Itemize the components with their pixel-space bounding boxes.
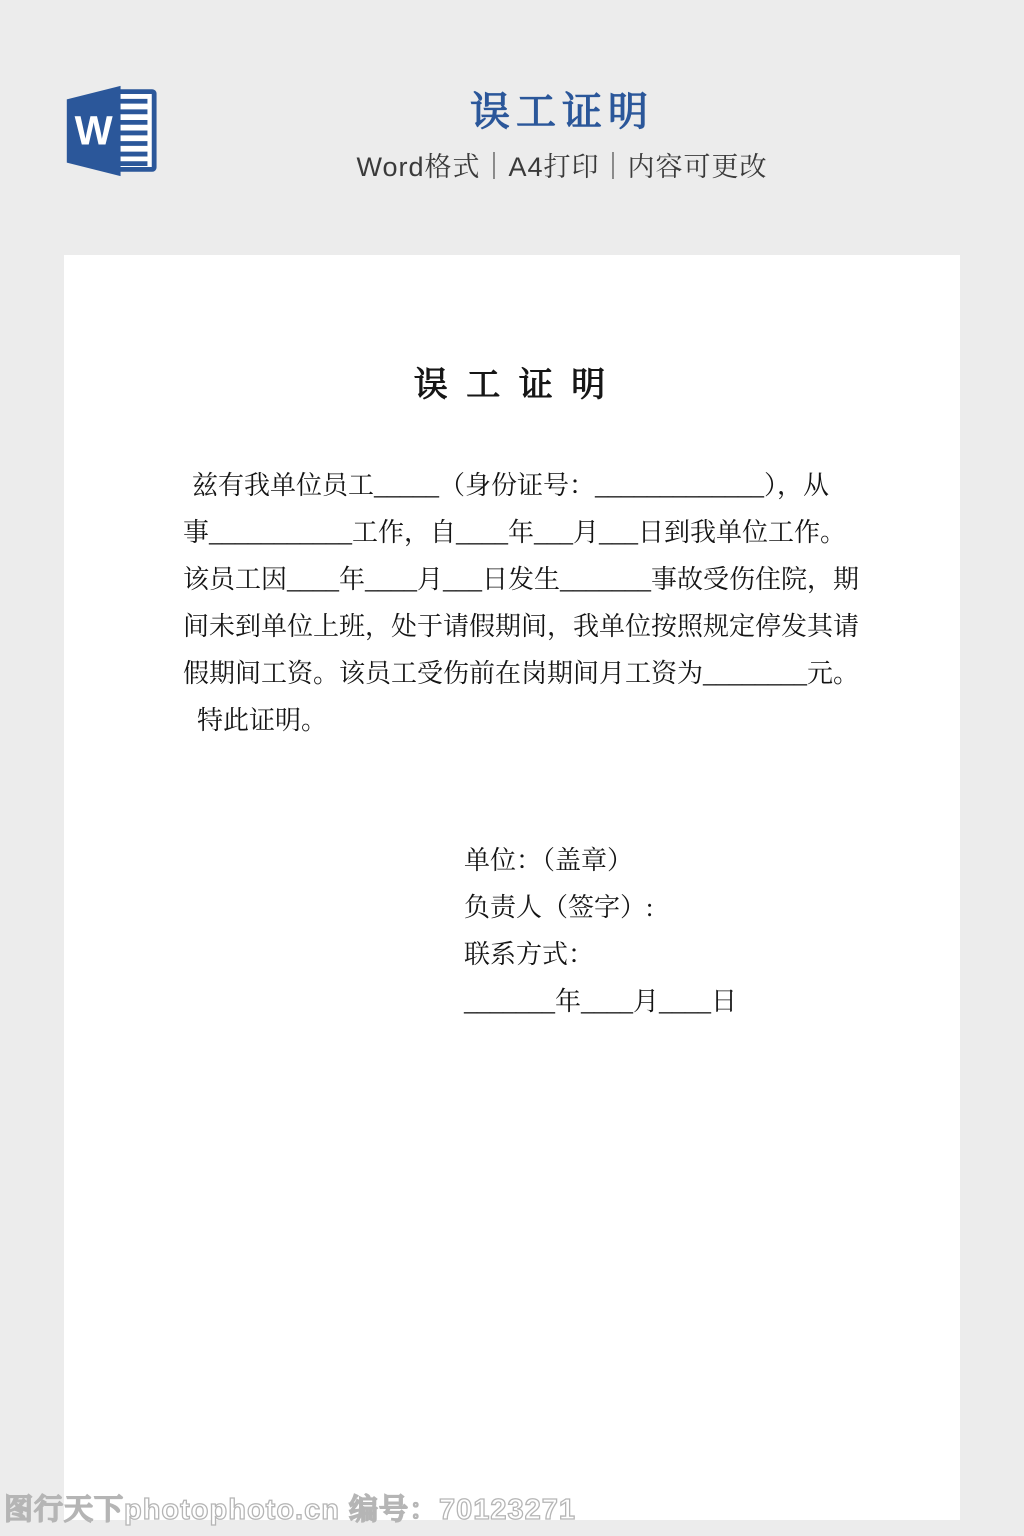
template-title: 误工证明 [100, 88, 1024, 136]
header: W 误工证明 Word格式｜A4打印｜内容可更改 [0, 0, 1024, 255]
signature-unit-line: 单位：（盖章） [464, 837, 737, 884]
body-line: 兹有我单位员工_____（身份证号：_____________），从 [183, 462, 847, 509]
signature-block: 单位：（盖章） 负责人（签字）: 联系方式： _______年____月____… [464, 837, 737, 1025]
document-title: 误 工 证 明 [64, 357, 960, 406]
signature-responsible-line: 负责人（签字）: [464, 884, 737, 931]
watermark-text: 图行天下photophoto.cn 编号：70123271 [4, 1487, 576, 1528]
header-text: 误工证明 Word格式｜A4打印｜内容可更改 [100, 88, 1024, 182]
signature-contact-line: 联系方式： [464, 931, 737, 978]
document-body: 兹有我单位员工_____（身份证号：_____________），从 事____… [183, 462, 847, 744]
body-line: 该员工因____年____月___日发生_______事故受伤住院，期 [183, 556, 847, 603]
template-subtitle: Word格式｜A4打印｜内容可更改 [100, 152, 1024, 182]
a4-document-page: 误 工 证 明 兹有我单位员工_____（身份证号：_____________）… [64, 255, 960, 1520]
template-preview: W 误工证明 Word格式｜A4打印｜内容可更改 误 工 证 明 兹有我单位员工… [0, 0, 1024, 1536]
body-line: 事___________工作，自____年___月___日到我单位工作。 [183, 509, 847, 556]
body-line-closing: 特此证明。 [183, 697, 847, 744]
body-line: 假期间工资。该员工受伤前在岗期间月工资为________元。 [183, 650, 847, 697]
body-line: 间未到单位上班，处于请假期间，我单位按照规定停发其请 [183, 603, 847, 650]
signature-date-line: _______年____月____日 [464, 978, 737, 1025]
